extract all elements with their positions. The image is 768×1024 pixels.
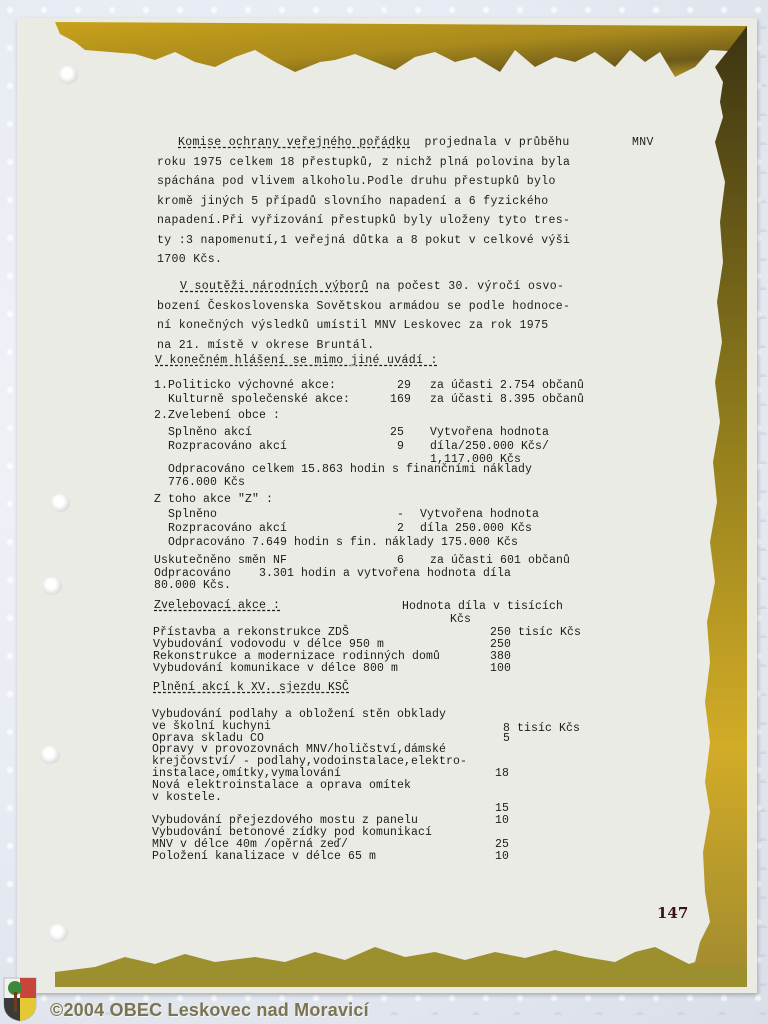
paragraph-line: V soutěži národních výborů na počest 30.… <box>180 280 564 293</box>
row-label: 1.Politicko výchovné akce: <box>154 380 336 393</box>
paragraph-line: napadení.Při vyřizování přestupků byly u… <box>157 214 570 227</box>
paragraph-line: roku 1975 celkem 18 přestupků, z nichž p… <box>157 156 570 169</box>
congress-item: v kostele. <box>152 792 222 805</box>
congress-item: Položení kanalizace v délce 65 m <box>152 851 376 864</box>
row-value: 169 <box>390 394 411 407</box>
row-label: Rozpracováno akcí <box>154 523 287 536</box>
row-value: 9 <box>390 441 404 454</box>
paragraph-line: ty :3 napomenutí,1 veřejná důtka a 8 pok… <box>157 234 570 247</box>
row-label: Kulturně společenské akce: <box>154 394 350 407</box>
column-header: Hodnota díla v tisících <box>402 601 563 614</box>
improvement-item: Vybudování komunikace v délce 800 m <box>153 663 398 676</box>
work-value: 80.000 Kčs. <box>154 580 231 593</box>
congress-value: 5 <box>503 733 510 746</box>
row-label: Splněno akcí <box>154 427 252 440</box>
congress-value: 10 <box>495 851 509 864</box>
header-mnv: MNV <box>632 136 654 149</box>
row-note: za účasti 2.754 občanů <box>430 380 584 393</box>
section-heading: Zvelebovací akce : <box>154 600 280 613</box>
improvement-value: 100 <box>490 663 511 676</box>
row-label: Splněno <box>154 509 217 522</box>
paragraph-line: spáchána pod vlivem alkoholu.Podle druhu… <box>157 175 556 188</box>
copyright-text: ©2004 OBEC Leskovec nad Moravicí <box>50 1000 369 1021</box>
row-value: 6 <box>390 555 404 568</box>
section-heading: Z toho akce "Z" : <box>154 494 273 507</box>
congress-value: 10 <box>495 815 509 828</box>
row-note: díla/250.000 Kčs/ <box>430 441 549 454</box>
row-label: Uskutečněno směn NF <box>154 555 287 568</box>
village-crest-icon <box>2 976 38 1022</box>
row-note: Vytvořena hodnota <box>420 509 539 522</box>
row-note: díla 250.000 Kčs <box>420 523 532 536</box>
paragraph-line: 1700 Kčs. <box>157 253 222 266</box>
report-heading: V konečném hlášení se mimo jiné uvádí : <box>155 354 438 367</box>
section-heading: Plnění akcí k XV. sjezdu KSČ <box>153 682 349 695</box>
congress-value: 18 <box>495 768 509 781</box>
worked-hours: Odpracováno celkem 15.863 hodin s finanč… <box>154 464 532 477</box>
paragraph-line: kromě jiných 5 případů slovního napadení… <box>157 195 549 208</box>
page-number: 147 <box>657 904 688 922</box>
paragraph-line: na 21. místě v okrese Bruntál. <box>157 339 375 352</box>
underlined-heading: Komise ochrany veřejného pořádku <box>178 136 410 149</box>
row-note: za účasti 601 občanů <box>430 555 570 568</box>
typewritten-text: MNV Komise ochrany veřejného pořádku pro… <box>0 0 768 1024</box>
worked-hours: Odpracováno 7.649 hodin s fin. náklady 1… <box>154 537 518 550</box>
paragraph-line: Komise ochrany veřejného pořádku projedn… <box>178 136 570 149</box>
row-value: 29 <box>390 380 411 393</box>
row-note: Vytvořena hodnota <box>430 427 549 440</box>
paragraph-line: bození Československa Sovětskou armádou … <box>157 300 570 313</box>
congress-value: 8 tisíc Kčs <box>503 723 580 736</box>
row-value: - <box>390 509 404 522</box>
row-label: Rozpracováno akcí <box>154 441 287 454</box>
column-header-unit: Kčs <box>450 614 471 627</box>
paragraph-line: ní konečných výsledků umístil MNV Leskov… <box>157 319 549 332</box>
section-heading: 2.Zvelebení obce : <box>154 410 280 423</box>
row-value: 2 <box>390 523 404 536</box>
worked-cost: 776.000 Kčs <box>154 477 245 490</box>
row-value: 25 <box>390 427 404 440</box>
row-note: za účasti 8.395 občanů <box>430 394 584 407</box>
underlined-heading: V soutěži národních výborů <box>180 280 369 293</box>
